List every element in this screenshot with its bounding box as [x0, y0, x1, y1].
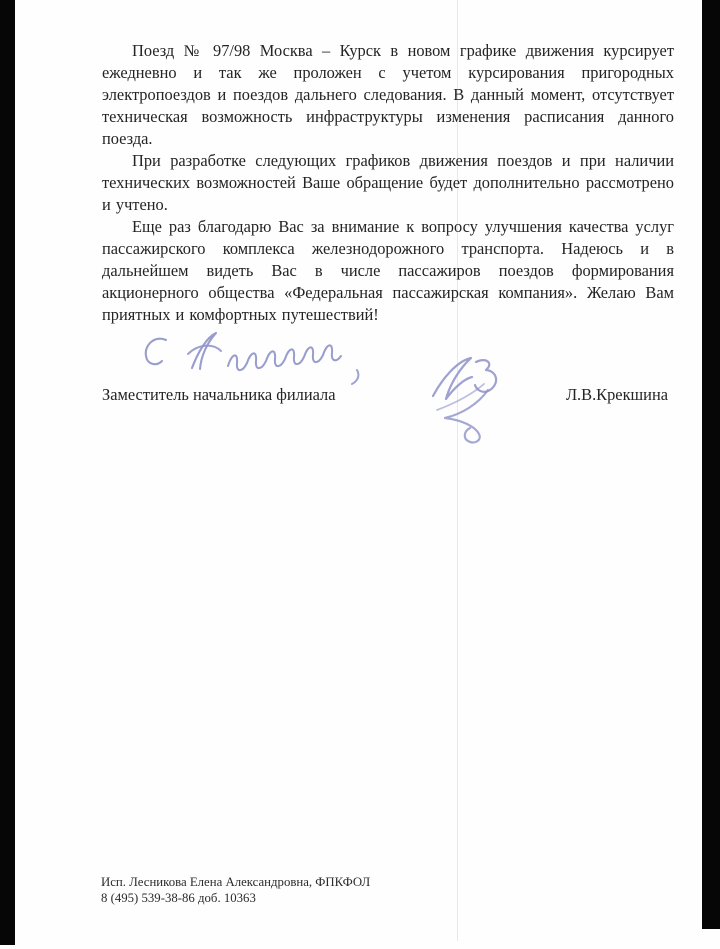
letter-body: Поезд № 97/98 Москва – Курск в новом гра…	[102, 40, 674, 326]
paragraph-gratitude: Еще раз благодарю Вас за внимание к вопр…	[102, 216, 674, 326]
scan-edge-left	[0, 0, 15, 945]
scanned-letter-page: Поезд № 97/98 Москва – Курск в новом гра…	[0, 0, 720, 949]
signer-position: Заместитель начальника филиала	[102, 385, 336, 405]
signature-block: Заместитель начальника филиала Л.В.Крекш…	[102, 385, 674, 405]
scan-edge-right	[702, 0, 720, 929]
signer-name: Л.В.Крекшина	[566, 385, 674, 405]
executor-footer: Исп. Лесникова Елена Александровна, ФПКФ…	[101, 874, 370, 906]
paragraph-future-graphics: При разработке следующих графиков движен…	[102, 150, 674, 216]
handwritten-salutation	[136, 328, 388, 386]
executor-phone-line: 8 (495) 539-38-86 доб. 10363	[101, 890, 370, 906]
paragraph-train-schedule: Поезд № 97/98 Москва – Курск в новом гра…	[102, 40, 674, 150]
executor-line: Исп. Лесникова Елена Александровна, ФПКФ…	[101, 874, 370, 890]
